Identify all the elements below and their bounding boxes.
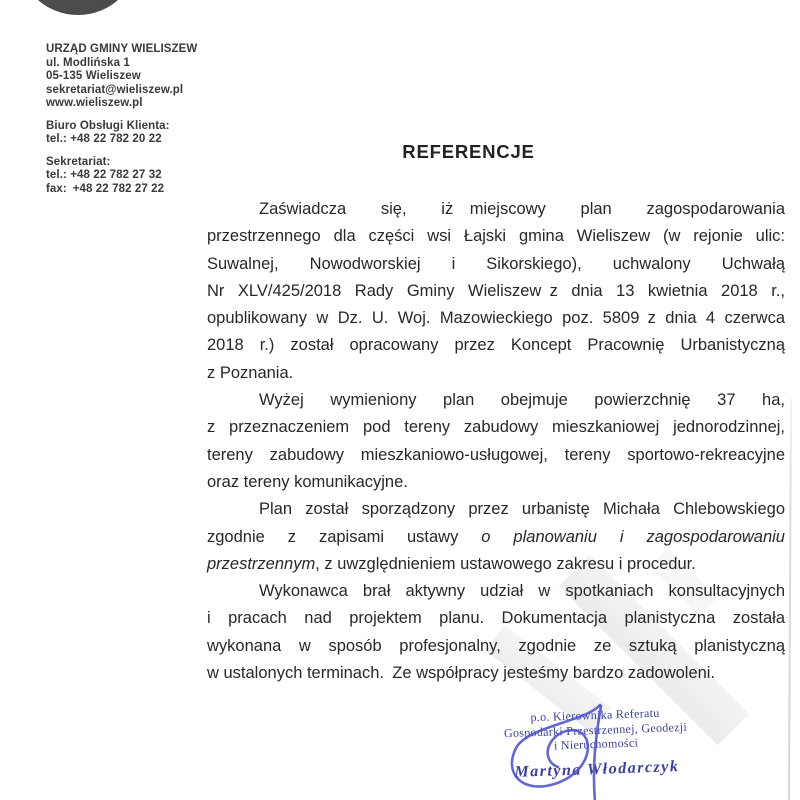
plain-text: z Poznania.	[207, 364, 293, 382]
letterhead-line: www.wieliszew.pl	[46, 97, 226, 111]
plain-text: wykonana w sposób profesjonalny, zgodnie…	[207, 637, 785, 655]
body-line: Suwalnej, Nowodworskiej i Sikorskiego), …	[207, 251, 785, 278]
body-line: przestrzennego dla części wsi Łajski gmi…	[207, 223, 785, 250]
body-line: oraz tereny komunikacyjne.	[207, 469, 785, 496]
letterhead-group: URZĄD GMINY WIELISZEWul. Modlińska 105-1…	[46, 43, 226, 111]
plain-text: i pracach nad projektem planu. Dokumenta…	[207, 609, 785, 627]
plain-text: Wykonawca brał aktywny udział w spotkani…	[259, 582, 785, 600]
handwritten-signature-icon	[495, 698, 630, 800]
signer-name: Martyna Włodarczyk	[499, 757, 696, 782]
body-line: Zaświadcza się, iż miejscowy plan zagosp…	[207, 196, 785, 223]
body-line: przestrzennym, z uwzględnieniem ustawowe…	[207, 551, 785, 578]
body-line: Nr XLV/425/2018 Rady Gminy Wieliszew z d…	[207, 278, 785, 305]
letterhead-line: 05-135 Wieliszew	[46, 70, 226, 84]
plain-text: zgodnie z zapisami ustawy	[207, 528, 481, 546]
letterhead-line: sekretariat@wieliszew.pl	[46, 84, 226, 98]
plain-text: 2018 r.) został opracowany przez Koncept…	[207, 336, 785, 354]
plain-text: Suwalnej, Nowodworskiej i Sikorskiego), …	[207, 255, 785, 273]
municipal-seal-logo	[17, 0, 139, 15]
body-paragraph: Plan został sporządzony przez urbanistę …	[207, 496, 785, 578]
letterhead-group: Biuro Obsługi Klienta:tel.: +48 22 782 2…	[46, 120, 226, 147]
letterhead-line: Biuro Obsługi Klienta:	[46, 120, 226, 134]
letterhead-line: fax: +48 22 782 27 22	[46, 183, 226, 197]
document-title: REFERENCJE	[207, 141, 785, 163]
letterhead-line: tel.: +48 22 782 27 32	[46, 169, 226, 183]
letterhead-group: Sekretariat:tel.: +48 22 782 27 32fax: +…	[46, 156, 226, 197]
letterhead-line: ul. Modlińska 1	[46, 57, 226, 71]
plain-text: w ustalonych terminach. Ze współpracy je…	[207, 664, 715, 682]
body-line: Plan został sporządzony przez urbanistę …	[207, 496, 785, 523]
plain-text: oraz tereny komunikacyjne.	[207, 473, 408, 491]
body-line: opublikowany w Dz. U. Woj. Mazowieckiego…	[207, 305, 785, 332]
document-body: Zaświadcza się, iż miejscowy plan zagosp…	[207, 196, 785, 687]
plain-text: tereny zabudowy mieszkaniowo-usługowej, …	[207, 446, 785, 464]
plain-text: Wyżej wymieniony plan obejmuje powierzch…	[259, 391, 785, 409]
plain-text: Zaświadcza się, iż miejscowy plan zagosp…	[259, 200, 785, 218]
letterhead-line: URZĄD GMINY WIELISZEW	[46, 43, 226, 57]
letterhead-line: Sekretariat:	[46, 156, 226, 170]
body-line: 2018 r.) został opracowany przez Koncept…	[207, 332, 785, 359]
body-line: z przeznaczeniem pod tereny zabudowy mie…	[207, 414, 785, 441]
plain-text: , z uwzględnieniem ustawowego zakresu i …	[315, 555, 696, 573]
body-line: wykonana w sposób profesjonalny, zgodnie…	[207, 633, 785, 660]
body-line: zgodnie z zapisami ustawy o planowaniu i…	[207, 524, 785, 551]
scan-edge-line	[788, 398, 792, 800]
italic-text: o planowaniu i zagospodarowaniu	[481, 528, 785, 546]
body-paragraph: Zaświadcza się, iż miejscowy plan zagosp…	[207, 196, 785, 387]
plain-text: z przeznaczeniem pod tereny zabudowy mie…	[207, 418, 785, 436]
plain-text: Plan został sporządzony przez urbanistę …	[259, 500, 785, 518]
letterhead-line: tel.: +48 22 782 20 22	[46, 133, 226, 147]
body-line: Wykonawca brał aktywny udział w spotkani…	[207, 578, 785, 605]
italic-text: przestrzennym	[207, 555, 315, 573]
letterhead-contact-block: URZĄD GMINY WIELISZEWul. Modlińska 105-1…	[46, 43, 226, 205]
body-line: Wyżej wymieniony plan obejmuje powierzch…	[207, 387, 785, 414]
body-line: w ustalonych terminach. Ze współpracy je…	[207, 660, 785, 687]
plain-text: opublikowany w Dz. U. Woj. Mazowieckiego…	[207, 309, 785, 327]
body-line: i pracach nad projektem planu. Dokumenta…	[207, 605, 785, 632]
plain-text: Nr XLV/425/2018 Rady Gminy Wieliszew z d…	[207, 282, 785, 300]
body-line: z Poznania.	[207, 360, 785, 387]
plain-text: przestrzennego dla części wsi Łajski gmi…	[207, 227, 785, 245]
scanned-reference-letter: URZĄD GMINY WIELISZEWul. Modlińska 105-1…	[0, 0, 800, 800]
stamp-line: i Nieruchomości	[498, 734, 694, 755]
body-paragraph: Wykonawca brał aktywny udział w spotkani…	[207, 578, 785, 687]
body-line: tereny zabudowy mieszkaniowo-usługowej, …	[207, 442, 785, 469]
body-paragraph: Wyżej wymieniony plan obejmuje powierzch…	[207, 387, 785, 496]
